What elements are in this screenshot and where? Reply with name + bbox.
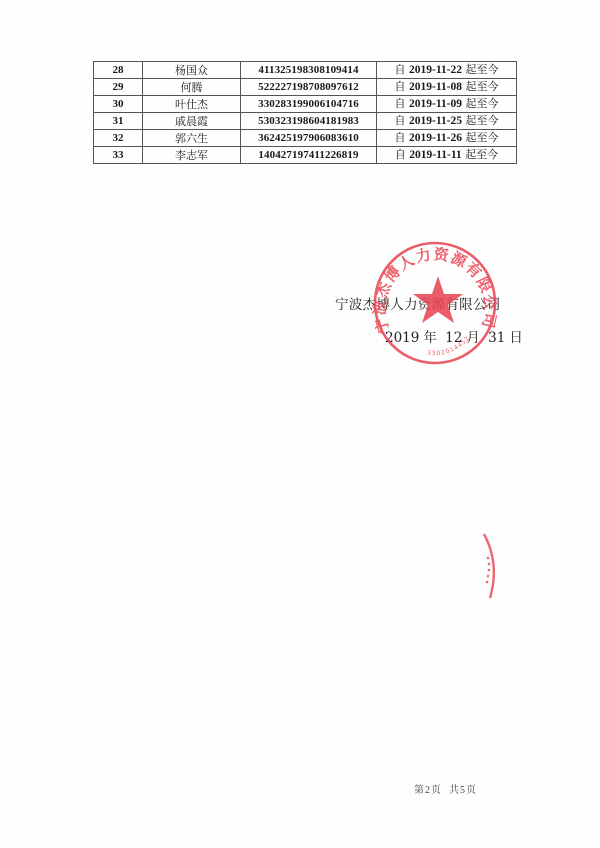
employee-name: 叶仕杰 (143, 96, 241, 113)
date-suffix: 起至今 (466, 97, 499, 110)
date-prefix: 自 (394, 97, 405, 110)
start-date: 2019-11-09 (409, 98, 462, 110)
date-month: 12 (445, 330, 462, 346)
employment-period: 自 2019-11-22 起至今 (377, 62, 517, 79)
signature-date: 2019年 12月 31日 (385, 326, 505, 346)
table-row: 28杨国众411325198308109414自 2019-11-22 起至今 (94, 62, 517, 79)
date-prefix: 自 (394, 114, 405, 127)
table-row: 33李志军140427197411226819自 2019-11-11 起至今 (94, 147, 517, 164)
employment-period: 自 2019-11-11 起至今 (377, 147, 517, 164)
date-day-unit: 日 (509, 330, 523, 346)
row-number: 32 (94, 130, 143, 147)
start-date: 2019-11-25 (409, 115, 462, 127)
employee-table-body: 28杨国众411325198308109414自 2019-11-22 起至今2… (94, 62, 517, 164)
id-number: 530323198604181983 (241, 113, 377, 130)
date-suffix: 起至今 (466, 131, 499, 144)
company-name: 宁波杰博人力资源有限公司 (335, 293, 505, 313)
page-prefix: 第 (414, 785, 424, 796)
date-year: 2019 (385, 330, 419, 346)
total-prefix: 共 (449, 785, 459, 796)
employee-table: 28杨国众411325198308109414自 2019-11-22 起至今2… (93, 61, 517, 164)
employee-name: 戚晨霞 (143, 113, 241, 130)
date-suffix: 起至今 (466, 114, 499, 127)
date-prefix: 自 (395, 148, 406, 161)
date-suffix: 起至今 (465, 148, 498, 161)
page-current: 2 (425, 785, 430, 796)
row-number: 30 (94, 96, 143, 113)
employee-name: 郭六生 (143, 130, 241, 147)
date-suffix: 起至今 (466, 80, 499, 93)
page-unit: 页 (431, 785, 441, 796)
employee-name: 何腾 (143, 79, 241, 96)
date-prefix: 自 (394, 80, 405, 93)
id-number: 330283199006104716 (241, 96, 377, 113)
employee-name: 李志军 (143, 147, 241, 164)
row-number: 28 (94, 62, 143, 79)
document-page: 28杨国众411325198308109414自 2019-11-22 起至今2… (0, 0, 600, 848)
id-number: 522227198708097612 (241, 79, 377, 96)
start-date: 2019-11-22 (409, 64, 462, 76)
id-number: 140427197411226819 (241, 147, 377, 164)
page-straddling-seal-fragment (478, 530, 508, 602)
employment-period: 自 2019-11-25 起至今 (377, 113, 517, 130)
employment-period: 自 2019-11-09 起至今 (377, 96, 517, 113)
date-prefix: 自 (394, 63, 405, 76)
table-row: 30叶仕杰330283199006104716自 2019-11-09 起至今 (94, 96, 517, 113)
date-month-unit: 月 (466, 330, 480, 346)
date-day: 31 (488, 330, 505, 346)
start-date: 2019-11-26 (409, 132, 462, 144)
row-number: 31 (94, 113, 143, 130)
start-date: 2019-11-11 (409, 149, 461, 161)
employee-name: 杨国众 (143, 62, 241, 79)
id-number: 411325198308109414 (241, 62, 377, 79)
start-date: 2019-11-08 (409, 81, 462, 93)
row-number: 33 (94, 147, 143, 164)
date-prefix: 自 (394, 131, 405, 144)
employment-period: 自 2019-11-08 起至今 (377, 79, 517, 96)
date-suffix: 起至今 (466, 63, 499, 76)
table-row: 32郭六生362425197906083610自 2019-11-26 起至今 (94, 130, 517, 147)
table-row: 29何腾522227198708097612自 2019-11-08 起至今 (94, 79, 517, 96)
page-total: 5 (460, 785, 465, 796)
table-row: 31戚晨霞530323198604181983自 2019-11-25 起至今 (94, 113, 517, 130)
page-footer: 第2页共5页 (414, 781, 476, 796)
row-number: 29 (94, 79, 143, 96)
total-unit: 页 (466, 785, 476, 796)
seal-arc-text: 宁波杰博人力资源有限公司 (371, 245, 500, 336)
employment-period: 自 2019-11-26 起至今 (377, 130, 517, 147)
id-number: 362425197906083610 (241, 130, 377, 147)
date-year-unit: 年 (423, 330, 437, 346)
